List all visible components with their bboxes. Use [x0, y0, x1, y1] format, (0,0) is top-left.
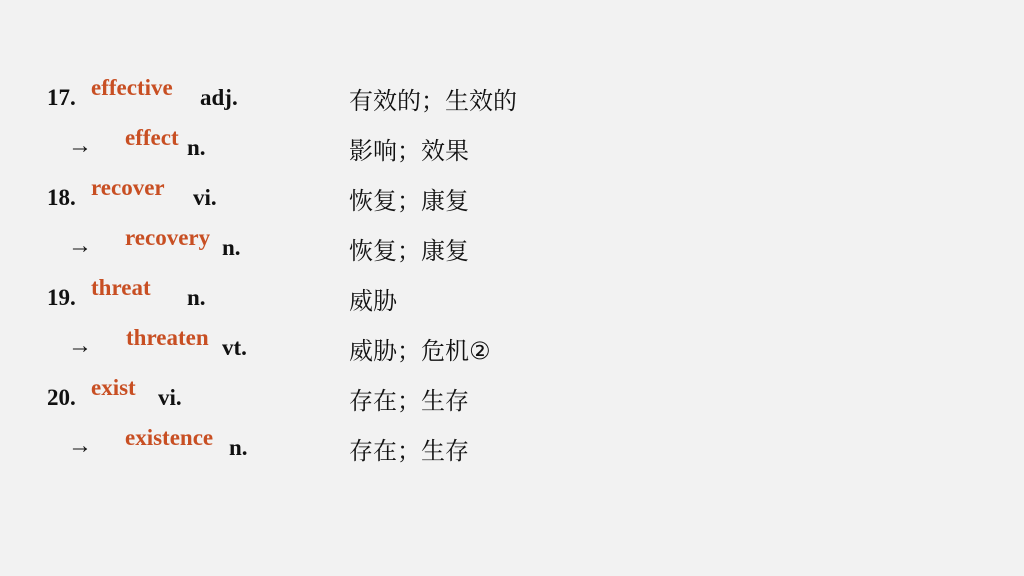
arrow-icon: →	[68, 133, 92, 160]
part-of-speech: n.	[222, 235, 241, 261]
chinese-meaning: 恢复；康复	[349, 231, 469, 266]
answer-word: existence	[125, 425, 213, 451]
answer-word: recover	[91, 175, 165, 201]
item-number: 19.	[47, 285, 76, 311]
vocab-row-20-derived: → existence n. 存在；生存	[0, 425, 1024, 475]
part-of-speech: n.	[229, 435, 248, 461]
part-of-speech: n.	[187, 285, 206, 311]
chinese-meaning: 威胁；危机②	[349, 331, 491, 366]
chinese-meaning: 恢复；康复	[349, 181, 469, 216]
arrow-icon: →	[68, 333, 92, 360]
arrow-icon: →	[68, 433, 92, 460]
part-of-speech: vi.	[158, 385, 182, 411]
answer-word: recovery	[125, 225, 210, 251]
vocab-row-17: 17. effective adj. 有效的；生效的	[0, 75, 1024, 125]
answer-word: threat	[91, 275, 151, 301]
item-number: 20.	[47, 385, 76, 411]
vocab-row-19-derived: → threaten vt. 威胁；危机②	[0, 325, 1024, 375]
vocab-row-18-derived: → recovery n. 恢复；康复	[0, 225, 1024, 275]
chinese-meaning: 存在；生存	[349, 381, 469, 416]
part-of-speech: vi.	[193, 185, 217, 211]
vocab-row-19: 19. threat n. 威胁	[0, 275, 1024, 325]
vocab-row-20: 20. exist vi. 存在；生存	[0, 375, 1024, 425]
chinese-meaning: 威胁	[349, 281, 397, 316]
part-of-speech: vt.	[222, 335, 247, 361]
item-number: 18.	[47, 185, 76, 211]
part-of-speech: adj.	[200, 85, 238, 111]
chinese-meaning: 影响；效果	[349, 131, 469, 166]
answer-word: effect	[125, 125, 179, 151]
chinese-meaning: 存在；生存	[349, 431, 469, 466]
item-number: 17.	[47, 85, 76, 111]
vocab-row-17-derived: → effect n. 影响；效果	[0, 125, 1024, 175]
answer-word: effective	[91, 75, 173, 101]
vocab-row-18: 18. recover vi. 恢复；康复	[0, 175, 1024, 225]
answer-word: exist	[91, 375, 136, 401]
arrow-icon: →	[68, 233, 92, 260]
chinese-meaning: 有效的；生效的	[349, 81, 517, 116]
part-of-speech: n.	[187, 135, 206, 161]
answer-word: threaten	[126, 325, 209, 351]
